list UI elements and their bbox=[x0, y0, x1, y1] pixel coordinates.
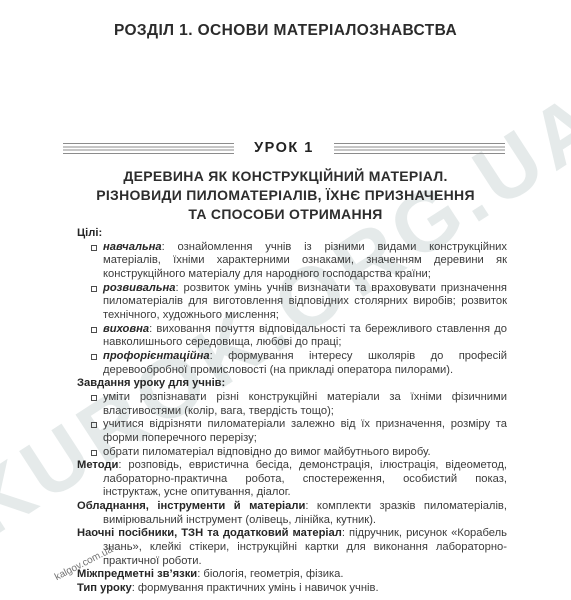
goals-label: Цілі: bbox=[77, 227, 507, 241]
tasks-label: Завдання уроку для учнів: bbox=[77, 377, 507, 391]
lesson-title-line-1: ДЕРЕВИНА ЯК КОНСТРУКЦІЙНИЙ МАТЕРІАЛ. bbox=[0, 167, 571, 186]
task-item: уміти розпізнавати різні конструкційні м… bbox=[77, 391, 507, 418]
interdisciplinary-text: : біологія, геометрія, фізика. bbox=[197, 568, 343, 580]
square-bullet-icon bbox=[91, 327, 97, 333]
methods-text: : розповідь, евристична бесіда, демонстр… bbox=[103, 459, 507, 498]
goal-item: навчальна: ознайомлення учнів із різними… bbox=[77, 241, 507, 282]
goal-text: : ознайомлення учнів із різними видами к… bbox=[103, 241, 507, 280]
interdisciplinary-paragraph: Міжпредметні зв’язки: біологія, геометрі… bbox=[77, 568, 507, 582]
chapter-title: РОЗДІЛ 1. ОСНОВИ МАТЕРІАЛОЗНАВСТВА bbox=[0, 22, 571, 40]
square-bullet-icon bbox=[91, 286, 97, 292]
lesson-title-line-2: РІЗНОВИДИ ПИЛОМАТЕРІАЛІВ, ЇХНЄ ПРИЗНАЧЕН… bbox=[0, 186, 571, 205]
square-bullet-icon bbox=[91, 422, 97, 428]
goal-item: розвивальна: розвиток умінь учнів визнач… bbox=[77, 282, 507, 323]
goal-lead: виховна bbox=[103, 323, 149, 335]
methods-paragraph: Методи: розповідь, евристична бесіда, де… bbox=[77, 459, 507, 500]
goal-lead: розвивальна bbox=[103, 282, 176, 294]
lesson-type-paragraph: Тип уроку: формування практичних умінь і… bbox=[77, 582, 507, 596]
task-item: учитися відрізняти пиломатеріали залежно… bbox=[77, 418, 507, 445]
lesson-title-line-3: ТА СПОСОБИ ОТРИМАННЯ bbox=[0, 205, 571, 224]
goal-lead: профорієнтаційна bbox=[103, 350, 210, 362]
goal-text: : виховання почуття відповідальності та … bbox=[103, 323, 507, 349]
lesson-banner: УРОК 1 bbox=[63, 140, 505, 156]
lesson-title: ДЕРЕВИНА ЯК КОНСТРУКЦІЙНИЙ МАТЕРІАЛ. РІЗ… bbox=[0, 167, 571, 224]
banner-rule-right bbox=[334, 143, 505, 154]
equipment-label: Обладнання, інструменти й матеріали bbox=[77, 500, 305, 512]
visual-aids-label: Наочні посібники, ТЗН та додатковий мате… bbox=[77, 527, 342, 539]
square-bullet-icon bbox=[91, 395, 97, 401]
task-text: учитися відрізняти пиломатеріали залежно… bbox=[103, 418, 507, 444]
lesson-type-label: Тип уроку bbox=[77, 582, 132, 594]
square-bullet-icon bbox=[91, 450, 97, 456]
equipment-paragraph: Обладнання, інструменти й матеріали: ком… bbox=[77, 500, 507, 527]
interdisciplinary-label: Міжпредметні зв’язки bbox=[77, 568, 197, 580]
goal-lead: навчальна bbox=[103, 241, 162, 253]
banner-rule-left bbox=[63, 143, 234, 154]
lesson-type-text: : формування практичних умінь і навичок … bbox=[132, 582, 379, 594]
task-item: обрати пиломатеріал відповідно до вимог … bbox=[77, 446, 507, 460]
square-bullet-icon bbox=[91, 354, 97, 360]
goal-item: профорієнтаційна: формування інтересу шк… bbox=[77, 350, 507, 377]
lesson-banner-title: УРОК 1 bbox=[248, 140, 320, 156]
goal-item: виховна: виховання почуття відповідально… bbox=[77, 323, 507, 350]
visual-aids-paragraph: Наочні посібники, ТЗН та додатковий мате… bbox=[77, 527, 507, 568]
book-page: KUROK.ORG.UA РОЗДІЛ 1. ОСНОВИ МАТЕРІАЛОЗ… bbox=[0, 0, 571, 600]
square-bullet-icon bbox=[91, 245, 97, 251]
task-text: обрати пиломатеріал відповідно до вимог … bbox=[103, 446, 431, 458]
methods-label: Методи bbox=[77, 459, 118, 471]
lesson-body: Цілі: навчальна: ознайомлення учнів із р… bbox=[77, 227, 507, 596]
task-text: уміти розпізнавати різні конструкційні м… bbox=[103, 391, 507, 417]
